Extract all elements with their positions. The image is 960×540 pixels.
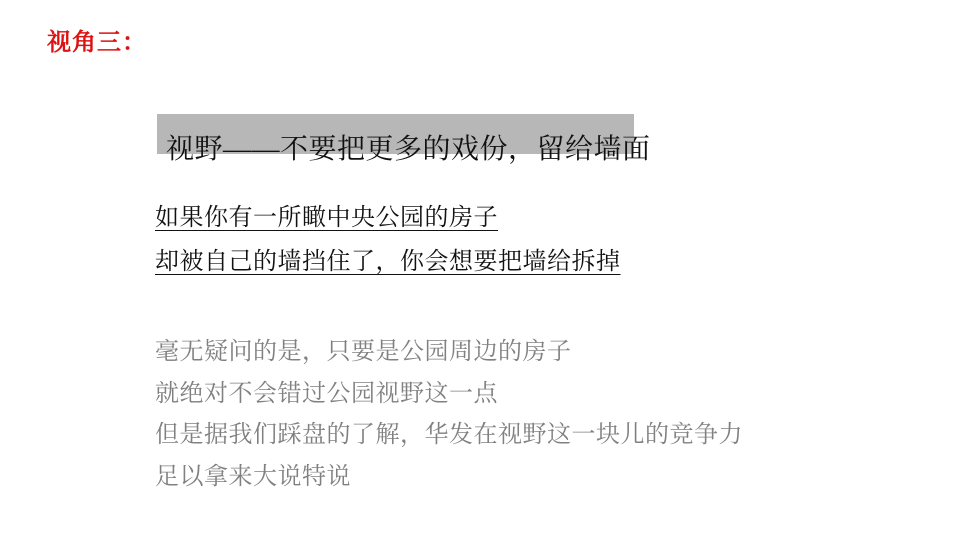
body-paragraph: 毫无疑问的是，只要是公园周边的房子 就绝对不会错过公园视野这一点 但是据我们踩盘… (155, 332, 743, 498)
body-line: 毫无疑问的是，只要是公园周边的房子 (155, 332, 743, 374)
slide-canvas: 视角三： 视野——不要把更多的戏份，留给墙面 如果你有一所瞰中央公园的房子 却被… (0, 0, 960, 540)
body-line: 就绝对不会错过公园视野这一点 (155, 374, 743, 416)
perspective-label: 视角三： (47, 22, 147, 57)
emphasis-line: 却被自己的墙挡住了，你会想要把墙给拆掉 (155, 240, 621, 284)
emphasis-paragraph: 如果你有一所瞰中央公园的房子 却被自己的墙挡住了，你会想要把墙给拆掉 (155, 196, 621, 284)
slide-heading: 视野——不要把更多的戏份，留给墙面 (166, 127, 651, 167)
body-line: 足以拿来大说特说 (155, 457, 743, 499)
body-line: 但是据我们踩盘的了解，华发在视野这一块儿的竞争力 (155, 415, 743, 457)
emphasis-line: 如果你有一所瞰中央公园的房子 (155, 196, 621, 240)
